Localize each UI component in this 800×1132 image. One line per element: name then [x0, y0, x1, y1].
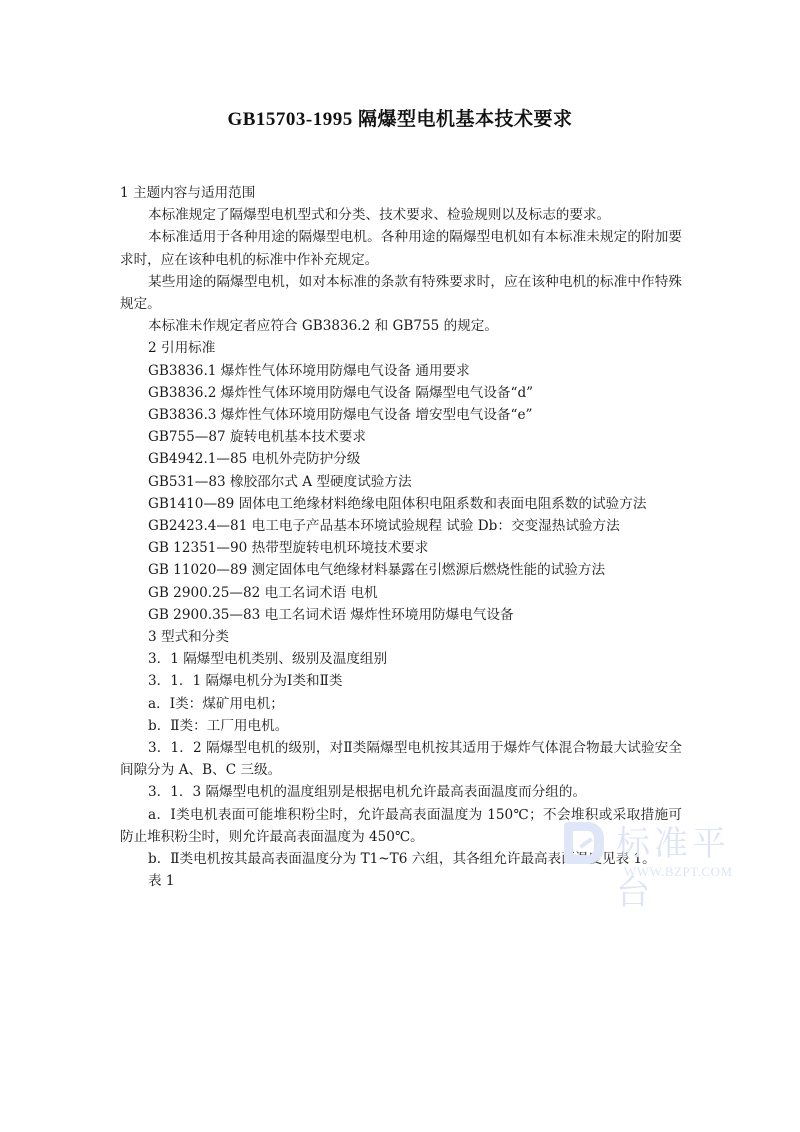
section-heading: 2 引用标准: [120, 337, 682, 359]
clause: 3．1．3 隔爆型电机的温度组别是根据电机允许最高表面温度而分组的。: [120, 781, 682, 803]
document-title: GB15703-1995 隔爆型电机基本技术要求: [0, 104, 800, 131]
document-body: 1 主题内容与适用范围 本标准规定了隔爆型电机型式和分类、技术要求、检验规则以及…: [120, 182, 682, 893]
section-heading: 1 主题内容与适用范围: [120, 182, 682, 204]
clause: 3．1．1 隔爆电机分为Ⅰ类和Ⅱ类: [120, 670, 682, 692]
subsection-heading: 3．1 隔爆型电机类别、级别及温度组别: [120, 648, 682, 670]
list-item: a．Ⅰ类：煤矿用电机；: [120, 693, 682, 715]
reference-item: GB 2900.25—82 电工名词术语 电机: [120, 582, 682, 604]
list-item: b．Ⅱ类：工厂用电机。: [120, 715, 682, 737]
reference-item: GB3836.3 爆炸性气体环境用防爆电气设备 增安型电气设备“e”: [120, 404, 682, 426]
watermark: 标准平台 WWW.BZPT.COM: [564, 820, 764, 890]
reference-item: GB3836.1 爆炸性气体环境用防爆电气设备 通用要求: [120, 360, 682, 382]
watermark-logo-icon: [564, 822, 604, 864]
reference-item: GB4942.1—85 电机外壳防护分级: [120, 448, 682, 470]
reference-item: GB1410—89 固体电工绝缘材料绝缘电阻体积电阻系数和表面电阻系数的试验方法: [120, 493, 682, 515]
section-heading: 3 型式和分类: [120, 626, 682, 648]
paragraph: 某些用途的隔爆型电机，如对本标准的条款有特殊要求时，应在该种电机的标准中作特殊规…: [120, 271, 682, 315]
reference-item: GB 12351—90 热带型旋转电机环境技术要求: [120, 537, 682, 559]
paragraph: 本标准规定了隔爆型电机型式和分类、技术要求、检验规则以及标志的要求。: [120, 204, 682, 226]
paragraph: 本标准适用于各种用途的隔爆型电机。各种用途的隔爆型电机如有本标准未规定的附加要求…: [120, 226, 682, 270]
watermark-url: WWW.BZPT.COM: [624, 864, 733, 880]
reference-item: GB 2900.35—83 电工名词术语 爆炸性环境用防爆电气设备: [120, 604, 682, 626]
reference-item: GB 11020—89 测定固体电气绝缘材料暴露在引燃源后燃烧性能的试验方法: [120, 559, 682, 581]
reference-item: GB2423.4—81 电工电子产品基本环境试验规程 试验 Db：交变湿热试验方…: [120, 515, 682, 537]
paragraph: 本标准未作规定者应符合 GB3836.2 和 GB755 的规定。: [120, 315, 682, 337]
reference-item: GB3836.2 爆炸性气体环境用防爆电气设备 隔爆型电气设备“d”: [120, 382, 682, 404]
reference-item: GB755—87 旋转电机基本技术要求: [120, 426, 682, 448]
reference-item: GB531—83 橡胶邵尔式 A 型硬度试验方法: [120, 471, 682, 493]
clause: 3．1．2 隔爆型电机的级别，对Ⅱ类隔爆型电机按其适用于爆炸气体混合物最大试验安…: [120, 737, 682, 781]
